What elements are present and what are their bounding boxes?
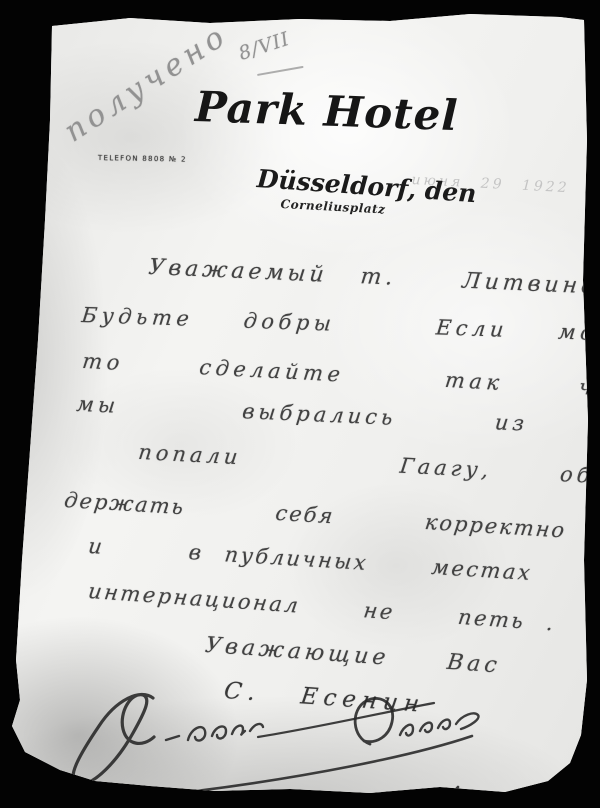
letter-paper: получено 8/VII июня 29 1922 Park Hotel T… <box>0 0 600 808</box>
photo-frame: получено 8/VII июня 29 1922 Park Hotel T… <box>0 0 600 808</box>
isadora-duncan-signature <box>0 0 600 808</box>
